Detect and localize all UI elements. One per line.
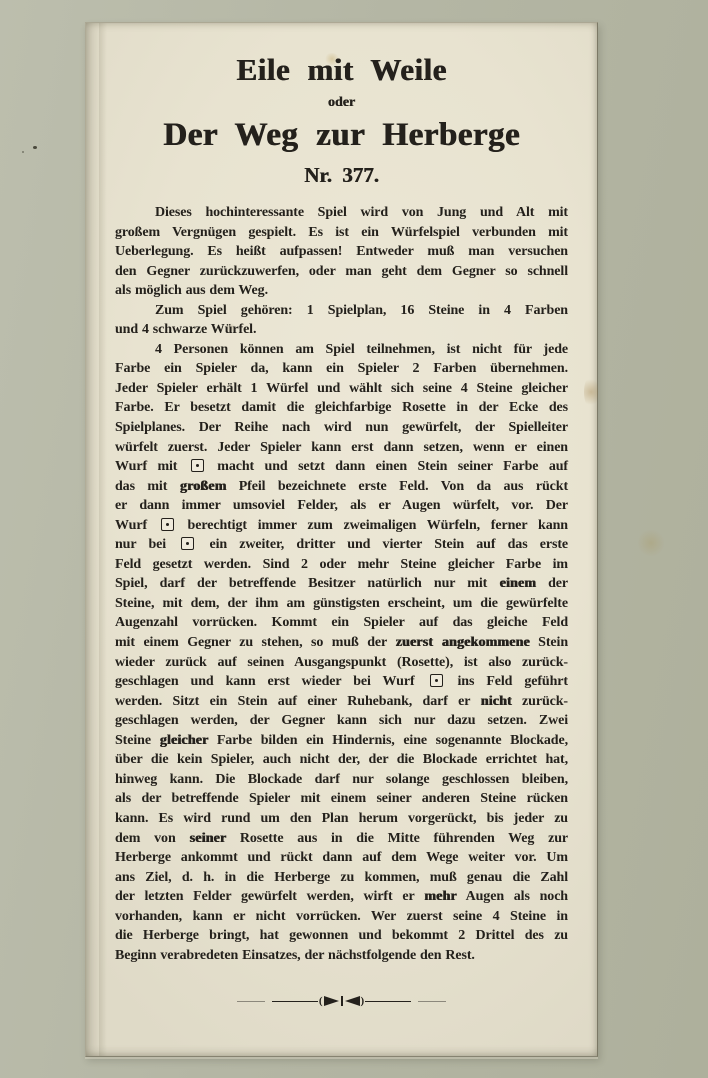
die-face-one-icon bbox=[191, 459, 204, 472]
title-connector: oder bbox=[115, 96, 568, 110]
text-line: der letzten Felder gewürfelt werden, wir… bbox=[115, 887, 568, 907]
game-number: Nr. 377. bbox=[115, 165, 568, 186]
text-line: geschlagen und kann erst wieder bei Wurf… bbox=[115, 672, 568, 692]
text-line: die Herberge bringt, hat gewonnen und be… bbox=[115, 926, 568, 946]
text-line: großem Vergnügen gespielt. Es ist ein Wü… bbox=[115, 223, 568, 243]
text-line: Steine gleicher Farbe bilden ein Hindern… bbox=[115, 731, 568, 751]
text-line: nur bei ein zweiter, dritter und vierter… bbox=[115, 535, 568, 555]
text-line: als möglich aus dem Weg. bbox=[115, 281, 568, 301]
die-pip bbox=[186, 542, 189, 545]
die-face-one-icon bbox=[161, 518, 174, 531]
document-body: Dieses hochinteressante Spiel wird von J… bbox=[115, 203, 568, 965]
paper-crease bbox=[99, 23, 107, 1056]
text-line: wieder zurück auf seinen Ausgangspunkt (… bbox=[115, 653, 568, 673]
paper-stain bbox=[584, 375, 598, 409]
text-line: als der betreffende Spieler mit einem se… bbox=[115, 789, 568, 809]
background-speck bbox=[33, 146, 37, 149]
text-line: das mit großem Pfeil bezeichnete erste F… bbox=[115, 477, 568, 497]
emphasized-text: gleicher bbox=[160, 733, 209, 748]
die-pip bbox=[166, 523, 169, 526]
text-line: Jeder Spieler erhält 1 Würfel und wählt … bbox=[115, 379, 568, 399]
emphasized-text: einem bbox=[499, 576, 536, 591]
text-line: Herberge ankommt und rückt dann auf dem … bbox=[115, 848, 568, 868]
emphasized-text: großem bbox=[180, 479, 227, 494]
text-line: Spielplanes. Der Reihe nach wird nun gew… bbox=[115, 418, 568, 438]
text-column: Eile mit Weile oder Der Weg zur Herberge… bbox=[115, 23, 568, 1008]
ornament-dash bbox=[365, 1001, 411, 1002]
text-line: mit einem Gegner zu stehen, so muß der z… bbox=[115, 633, 568, 653]
ornament-tick: ) bbox=[361, 994, 365, 1008]
background-stain bbox=[638, 528, 664, 558]
emphasized-text: zuerst angekommene bbox=[395, 635, 529, 650]
emphasized-text: nicht bbox=[481, 694, 512, 709]
text-line: Steine, mit dem, der ihm am günstigsten … bbox=[115, 594, 568, 614]
die-face-one-icon bbox=[181, 537, 194, 550]
ornament-dash bbox=[418, 1001, 446, 1002]
die-pip bbox=[196, 464, 199, 467]
die-face-one-icon bbox=[430, 674, 443, 687]
text-line: werden. Sitzt ein Stein auf einer Ruheba… bbox=[115, 692, 568, 712]
text-line: Wurf berechtigt immer zum zweimaligen Wü… bbox=[115, 516, 568, 536]
ornament-divider: ( ) bbox=[115, 994, 568, 1008]
text-line: Dieses hochinteressante Spiel wird von J… bbox=[115, 203, 568, 223]
photo-background: Eile mit Weile oder Der Weg zur Herberge… bbox=[0, 0, 708, 1078]
ornament-dash bbox=[237, 1001, 265, 1002]
page-title: Eile mit Weile bbox=[115, 54, 568, 85]
background-speck bbox=[22, 151, 24, 153]
ornament-tick: ( bbox=[319, 994, 323, 1008]
text-line: Wurf mit macht und setzt dann einen Stei… bbox=[115, 457, 568, 477]
text-line: Feld gesetzt werden. Sind 2 oder mehr St… bbox=[115, 555, 568, 575]
text-line: Ueberlegung. Es heißt aufpassen! Entwede… bbox=[115, 242, 568, 262]
text-line: vorhanden, kann er nicht vorrücken. Wer … bbox=[115, 907, 568, 927]
text-line: Spiel, darf der betreffende Besitzer nat… bbox=[115, 574, 568, 594]
text-line: er dann immer umsoviel Felder, als er Au… bbox=[115, 496, 568, 516]
instruction-leaflet: Eile mit Weile oder Der Weg zur Herberge… bbox=[85, 22, 598, 1057]
text-line: und 4 schwarze Würfel. bbox=[115, 320, 568, 340]
text-line: Farbe. Er besetzt damit die gleichfarbig… bbox=[115, 398, 568, 418]
text-line: den Gegner zurückzuwerfen, oder man geht… bbox=[115, 262, 568, 282]
text-line: hinweg kann. Die Blockade darf nur solan… bbox=[115, 770, 568, 790]
text-line: 4 Personen können am Spiel teilnehmen, i… bbox=[115, 340, 568, 360]
ornament-arrow-icon bbox=[324, 996, 339, 1006]
text-line: Farbe ein Spieler da, kann ein Spieler 2… bbox=[115, 359, 568, 379]
text-line: Augenzahl vorrücken. Kommt ein Spieler a… bbox=[115, 613, 568, 633]
text-line: kann. Es wird rund um den Plan herum vor… bbox=[115, 809, 568, 829]
text-line: über die kein Spieler, auch nicht der, d… bbox=[115, 750, 568, 770]
ornament-arrow-icon bbox=[345, 996, 360, 1006]
page-subtitle: Der Weg zur Herberge bbox=[115, 119, 568, 152]
die-pip bbox=[435, 679, 438, 682]
emphasized-text: seiner bbox=[189, 831, 226, 846]
emphasized-text: mehr bbox=[424, 889, 456, 904]
text-line: Zum Spiel gehören: 1 Spielplan, 16 Stein… bbox=[115, 301, 568, 321]
ornament-bar bbox=[341, 996, 343, 1006]
text-line: ans Ziel, d. h. in die Herberge zu komme… bbox=[115, 868, 568, 888]
text-line: Beginn verabredeten Einsatzes, der nächs… bbox=[115, 946, 568, 966]
text-line: würfelt zuerst. Jeder Spieler kann erst … bbox=[115, 438, 568, 458]
text-line: geschlagen werden, der Gegner kann sich … bbox=[115, 711, 568, 731]
text-line: dem von seiner Rosette aus in die Mitte … bbox=[115, 829, 568, 849]
ornament-dash bbox=[272, 1001, 318, 1002]
